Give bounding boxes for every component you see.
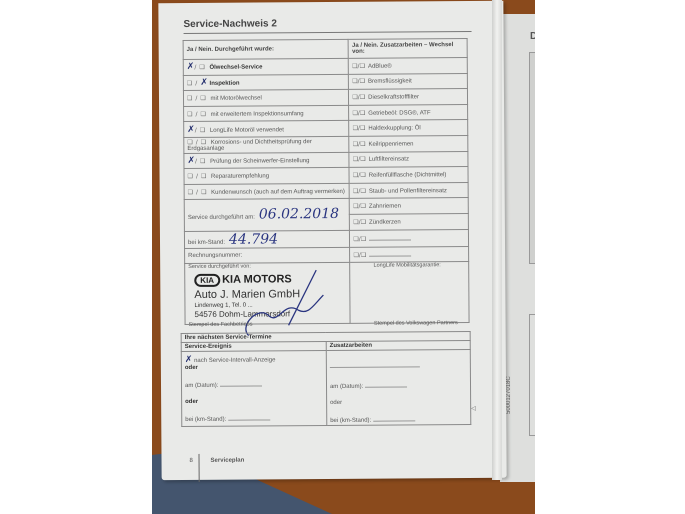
service-date-value: 06.02.2018 xyxy=(259,206,339,223)
additional-item[interactable]: ❑/❑Keilrippenriemen xyxy=(349,136,468,152)
right-page-heading: D xyxy=(530,31,535,42)
title-rule xyxy=(184,31,472,34)
km-field[interactable]: bei (km-Stand): xyxy=(185,414,323,423)
service-item-label: mit Motorölwechsel xyxy=(210,95,261,101)
footer-section: Serviceplan xyxy=(211,458,245,464)
service-item-label: LongLife Motoröl verwendet xyxy=(210,127,284,134)
right-header: Ja / Nein. Zusatzarbeiten – Wechsel von: xyxy=(348,39,467,59)
next-service-table: Ihre nächsten Service-Termine Service-Er… xyxy=(181,331,472,427)
additional-item-label: Keilrippenriemen xyxy=(368,141,413,147)
service-item-label: Inspektion xyxy=(210,81,240,87)
checkbox-icon[interactable]: ❑/❑ xyxy=(352,63,365,70)
check-mark-icon: ✗ xyxy=(185,355,193,365)
left-header: Ja / Nein. Durchgeführt wurde: xyxy=(183,39,349,59)
checkbox-icon[interactable]: ❑/❑ xyxy=(353,125,366,132)
checkbox-icon[interactable]: ❑/❑ xyxy=(353,156,366,163)
service-item[interactable]: ✗/❑ LongLife Motoröl verwendet xyxy=(184,121,349,138)
invoice-cell[interactable]: Rechnungsnummer: xyxy=(185,247,350,264)
additional-item[interactable]: ❑/❑Staub- und Pollenfiltereinsatz xyxy=(349,182,468,198)
service-item-label: Ölwechsel-Service xyxy=(209,65,262,71)
additional-item-label: Zahnriemen xyxy=(369,204,401,210)
service-date-cell: Service durchgeführt am:06.02.2018 xyxy=(184,199,350,231)
additional-item-label: Bremsflüssigkeit xyxy=(368,79,412,85)
check-mark-icon: ✗ xyxy=(187,125,195,135)
additional-item[interactable]: ❑/❑ xyxy=(350,229,469,247)
checkbox-icon[interactable]: ❑/❑ xyxy=(352,109,365,116)
checkbox-icon[interactable]: ❑ xyxy=(201,173,206,180)
checkbox-icon[interactable]: ❑/❑ xyxy=(353,172,366,179)
right-page-table xyxy=(529,314,535,436)
check-mark-icon: ✗ xyxy=(187,156,195,166)
service-item[interactable]: ❑/❑ Korrosions- und Dichtheitsprüfung de… xyxy=(184,136,349,153)
checkbox-icon[interactable]: ❑ xyxy=(187,139,192,146)
additional-item[interactable]: ❑/❑Reifenfüllflasche (Dichtmittel) xyxy=(349,167,468,183)
checkbox-icon[interactable]: ❑/❑ xyxy=(353,203,366,210)
km-field-2[interactable]: bei (km-Stand): xyxy=(330,415,467,424)
checkbox-icon[interactable]: ❑ xyxy=(200,95,205,102)
photo-background: D 5000127018C Service-Nachweis 2 Ja / Ne… xyxy=(152,0,535,514)
additional-item[interactable]: ❑/❑AdBlue® xyxy=(349,58,468,74)
left-page: Service-Nachweis 2 Ja / Nein. Durchgefüh… xyxy=(158,1,506,480)
checkbox-icon[interactable]: ❑ xyxy=(199,64,204,71)
additional-item-label: Haldexkupplung: Öl xyxy=(368,126,420,132)
service-item-label: Prüfung der Scheinwerfer-Einstellung xyxy=(210,158,309,165)
additional-item[interactable]: ❑/❑Zahnriemen xyxy=(350,198,469,214)
additional-item[interactable]: ❑/❑ xyxy=(350,246,469,262)
checkbox-icon[interactable]: ❑ xyxy=(188,173,193,180)
partner-stamp-cell: LongLife Mobilitätsgarantie:Stempel des … xyxy=(350,262,469,324)
additional-item[interactable]: ❑/❑Haldexkupplung: Öl xyxy=(349,120,468,136)
dealer-stamp-cell: Service durchgeführt von:KIAKIA MOTORSAu… xyxy=(185,263,351,325)
right-page-box xyxy=(529,52,535,264)
service-item-label: mit erweitertem Inspektionsumfang xyxy=(211,111,304,118)
checkbox-icon[interactable]: ❑ xyxy=(201,110,206,117)
service-form: Ja / Nein. Durchgeführt wurde: Ja / Nein… xyxy=(183,38,470,325)
checkbox-icon[interactable]: ❑ xyxy=(188,189,193,196)
service-item[interactable]: ❑/❑ mit erweitertem Inspektionsumfang xyxy=(184,105,349,122)
checkbox-icon[interactable]: ❑ xyxy=(200,158,205,165)
page-number: 8 xyxy=(190,458,193,464)
additional-item-label: AdBlue® xyxy=(368,63,392,69)
additional-item[interactable]: ❑/❑Getriebeöl: DSG®, ATF xyxy=(349,104,468,120)
additional-item[interactable]: ❑/❑Luftfiltereinsatz xyxy=(349,151,468,167)
service-item[interactable]: ✗/❑ Prüfung der Scheinwerfer-Einstellung xyxy=(184,152,349,169)
service-item[interactable]: ❑/❑ mit Motorölwechsel xyxy=(183,90,348,107)
checkbox-icon[interactable]: ❑ xyxy=(200,127,205,134)
service-item-label: Kundenwunsch (auch auf dem Auftrag verme… xyxy=(211,188,345,195)
service-item[interactable]: ❑/✗ Inspektion xyxy=(183,74,348,91)
additional-item-label: Luftfiltereinsatz xyxy=(369,157,409,163)
checkbox-icon[interactable]: ❑/❑ xyxy=(352,78,365,85)
additional-item-label: Staub- und Pollenfiltereinsatz xyxy=(369,188,447,195)
document-code: 5000127018C xyxy=(506,376,512,414)
service-item[interactable]: ❑/❑ Kundenwunsch (auch auf dem Auftrag v… xyxy=(184,183,349,200)
checkbox-icon[interactable]: ❑/❑ xyxy=(353,187,366,194)
book-gutter xyxy=(492,0,502,480)
km-cell: bei km-Stand:44.794 xyxy=(184,230,349,248)
additional-item-label: Reifenfüllflasche (Dichtmittel) xyxy=(369,172,447,179)
checkbox-icon[interactable]: ❑/❑ xyxy=(352,94,365,101)
checkbox-icon[interactable]: ❑ xyxy=(187,95,192,102)
service-event-cell: ✗ nach Service-Intervall-Anzeige oder am… xyxy=(181,351,326,427)
additional-work-cell: am (Datum): oder bei (km-Stand): xyxy=(326,350,471,426)
service-item[interactable]: ❑/❑ Reparaturempfehlung xyxy=(184,168,349,185)
additional-item[interactable]: ❑/❑Bremsflüssigkeit xyxy=(349,73,468,89)
checkbox-icon[interactable]: ❑/❑ xyxy=(353,235,366,242)
service-item[interactable]: ✗/❑ Ölwechsel-Service xyxy=(183,58,348,75)
checkbox-icon[interactable]: ❑ xyxy=(201,188,206,195)
checkbox-icon[interactable]: ❑ xyxy=(187,111,192,118)
additional-item[interactable]: ❑/❑Dieselkraftstofffilter xyxy=(349,89,468,105)
footer-divider xyxy=(198,454,199,482)
check-mark-icon: ✗ xyxy=(200,78,208,88)
additional-item-label: Getriebeöl: DSG®, ATF xyxy=(368,110,430,116)
checkbox-icon[interactable]: ❑/❑ xyxy=(353,218,366,225)
additional-item-label: Zündkerzen xyxy=(369,219,401,225)
checkbox-icon[interactable]: ❑/❑ xyxy=(353,252,366,259)
checkbox-icon[interactable]: ❑ xyxy=(201,139,206,146)
additional-item-label: Dieselkraftstofffilter xyxy=(368,94,419,100)
checkbox-icon[interactable]: ❑ xyxy=(187,80,192,87)
check-mark-icon: ✗ xyxy=(187,62,195,72)
page-footer: 8 Serviceplan xyxy=(190,458,245,464)
triangle-marker-icon: ◁ xyxy=(471,405,476,412)
additional-item[interactable]: ❑/❑Zündkerzen xyxy=(350,213,469,229)
service-item-label: Reparaturempfehlung xyxy=(211,173,269,179)
checkbox-icon[interactable]: ❑/❑ xyxy=(353,141,366,148)
page-title: Service-Nachweis 2 xyxy=(183,18,276,30)
km-value: 44.794 xyxy=(229,231,278,247)
